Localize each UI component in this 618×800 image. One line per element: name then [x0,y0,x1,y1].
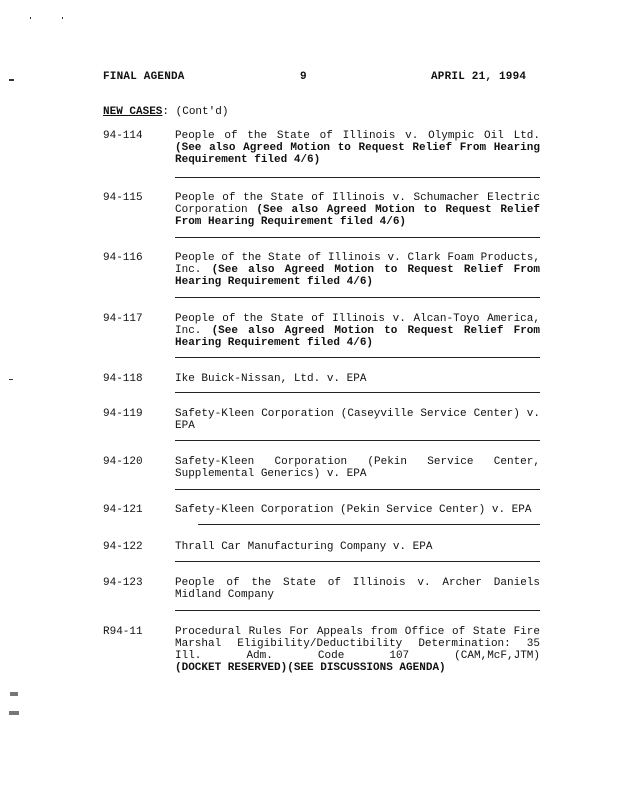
divider [175,357,540,358]
section-title: NEW CASES [103,106,162,118]
scan-speck [9,379,13,380]
case-number: 94-114 [103,130,173,142]
case-title: Ike Buick-Nissan, Ltd. v. EPA [175,373,540,385]
case-title: People of the State of Illinois v. Clark… [175,252,540,288]
case-number: R94-11 [103,626,173,638]
case-number: 94-120 [103,456,173,468]
case-title: People of the State of Illinois v. Alcan… [175,313,540,349]
case-title: People of the State of Illinois v. Schum… [175,192,540,228]
case-number: 94-121 [103,504,173,516]
case-title: People of the State of Illinois v. Arche… [175,577,540,601]
case-title: Safety-Kleen Corporation (Pekin Service … [175,456,540,480]
divider [175,392,540,393]
scan-speck [9,79,14,81]
case-number: 94-123 [103,577,173,589]
divider [175,297,540,298]
case-title: Thrall Car Manufacturing Company v. EPA [175,541,540,553]
case-title: Procedural Rules For Appeals from Office… [175,626,540,674]
case-number: 94-115 [103,192,173,204]
divider [175,610,540,611]
scan-speck [30,17,31,19]
section-heading: NEW CASES: (Cont'd) [103,106,228,118]
case-number: 94-119 [103,408,173,420]
case-number: 94-122 [103,541,173,553]
page-number: 9 [300,71,307,83]
case-title: Safety-Kleen Corporation (Pekin Service … [175,504,540,516]
divider [175,177,540,178]
scan-speck [62,17,63,19]
agenda-date: APRIL 21, 1994 [431,71,526,83]
section-suffix: : (Cont'd) [162,106,228,118]
scan-speck [10,692,18,696]
divider [175,561,540,562]
divider [175,237,540,238]
case-number: 94-117 [103,313,173,325]
divider [198,524,540,525]
case-number: 94-116 [103,252,173,264]
case-number: 94-118 [103,373,173,385]
case-title: People of the State of Illinois v. Olymp… [175,130,540,166]
case-title: Safety-Kleen Corporation (Caseyville Ser… [175,408,540,432]
divider [175,489,540,490]
agenda-title: FINAL AGENDA [103,71,185,83]
scan-speck [9,711,19,715]
divider [175,440,540,441]
